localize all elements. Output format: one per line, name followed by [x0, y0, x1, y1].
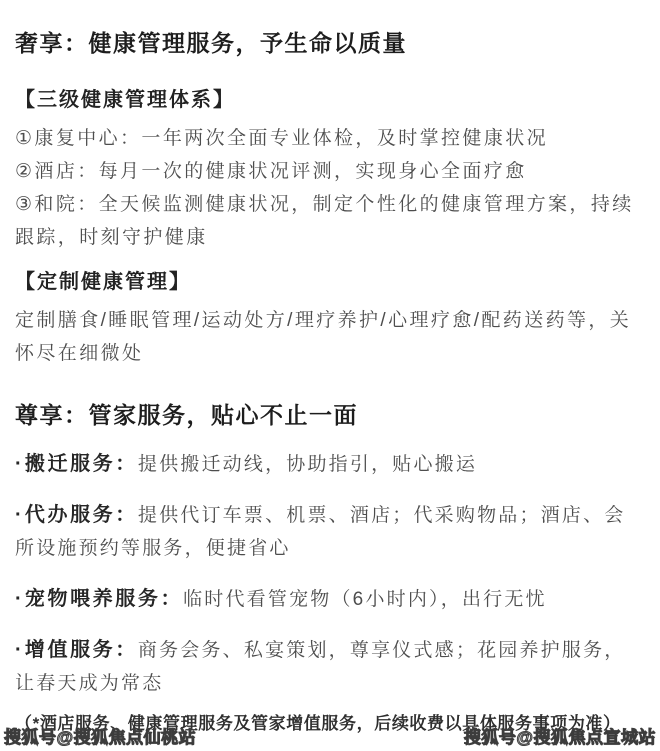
butler-section-title: 尊享：管家服务，贴心不止一面 — [15, 400, 644, 430]
service-item-value-added: ·增值服务：商务会务、私宴策划，尊享仪式感；花园养护服务，让春天成为常态 — [15, 634, 644, 700]
sohu-watermark-right: 搜狐号@搜狐焦点宣城站 — [464, 723, 656, 748]
service-item-errand: ·代办服务：提供代订车票、机票、酒店；代采购物品；酒店、会所设施预约等服务，便捷… — [15, 499, 644, 565]
service-item-pet-care: ·宠物喂养服务：临时代看管宠物（6小时内），出行无忧 — [15, 583, 644, 616]
health-system-item-2: ②酒店：每月一次的健康状况评测，实现身心全面疗愈 — [15, 155, 644, 188]
service-name: 增值服务： — [25, 639, 138, 661]
bullet-icon: · — [15, 453, 24, 475]
service-item-moving: ·搬迁服务：提供搬迁动线，协助指引，贴心搬运 — [15, 448, 644, 481]
service-name: 搬迁服务： — [25, 453, 138, 475]
custom-health-subtitle: 【定制健康管理】 — [15, 268, 644, 296]
service-name: 宠物喂养服务： — [25, 588, 183, 610]
health-system-item-1: ①康复中心：一年两次全面专业体检，及时掌控健康状况 — [15, 122, 644, 155]
service-desc: 临时代看管宠物（6小时内），出行无忧 — [183, 589, 547, 610]
health-system-subtitle: 【三级健康管理体系】 — [15, 86, 644, 114]
custom-health-body: 定制膳食/睡眠管理/运动处方/理疗养护/心理疗愈/配药送药等，关怀尽在细微处 — [15, 304, 644, 370]
service-name: 代办服务： — [25, 504, 138, 526]
bullet-icon: · — [15, 639, 24, 661]
health-system-item-3: ③和院：全天候监测健康状况，制定个性化的健康管理方案，持续跟踪，时刻守护健康 — [15, 188, 644, 254]
article-body: 奢享：健康管理服务，予生命以质量 【三级健康管理体系】 ①康复中心：一年两次全面… — [0, 0, 660, 736]
health-system-list: ①康复中心：一年两次全面专业体检，及时掌控健康状况 ②酒店：每月一次的健康状况评… — [15, 122, 644, 254]
sohu-watermark-left: 搜狐号@搜狐焦点仙桃站 — [4, 723, 196, 748]
service-desc: 提供搬迁动线，协助指引，贴心搬运 — [138, 454, 477, 475]
custom-health-body-wrap: 定制膳食/睡眠管理/运动处方/理疗养护/心理疗愈/配药送药等，关怀尽在细微处 — [15, 304, 644, 370]
bullet-icon: · — [15, 504, 24, 526]
bullet-icon: · — [15, 588, 24, 610]
health-section-title: 奢享：健康管理服务，予生命以质量 — [15, 28, 644, 58]
